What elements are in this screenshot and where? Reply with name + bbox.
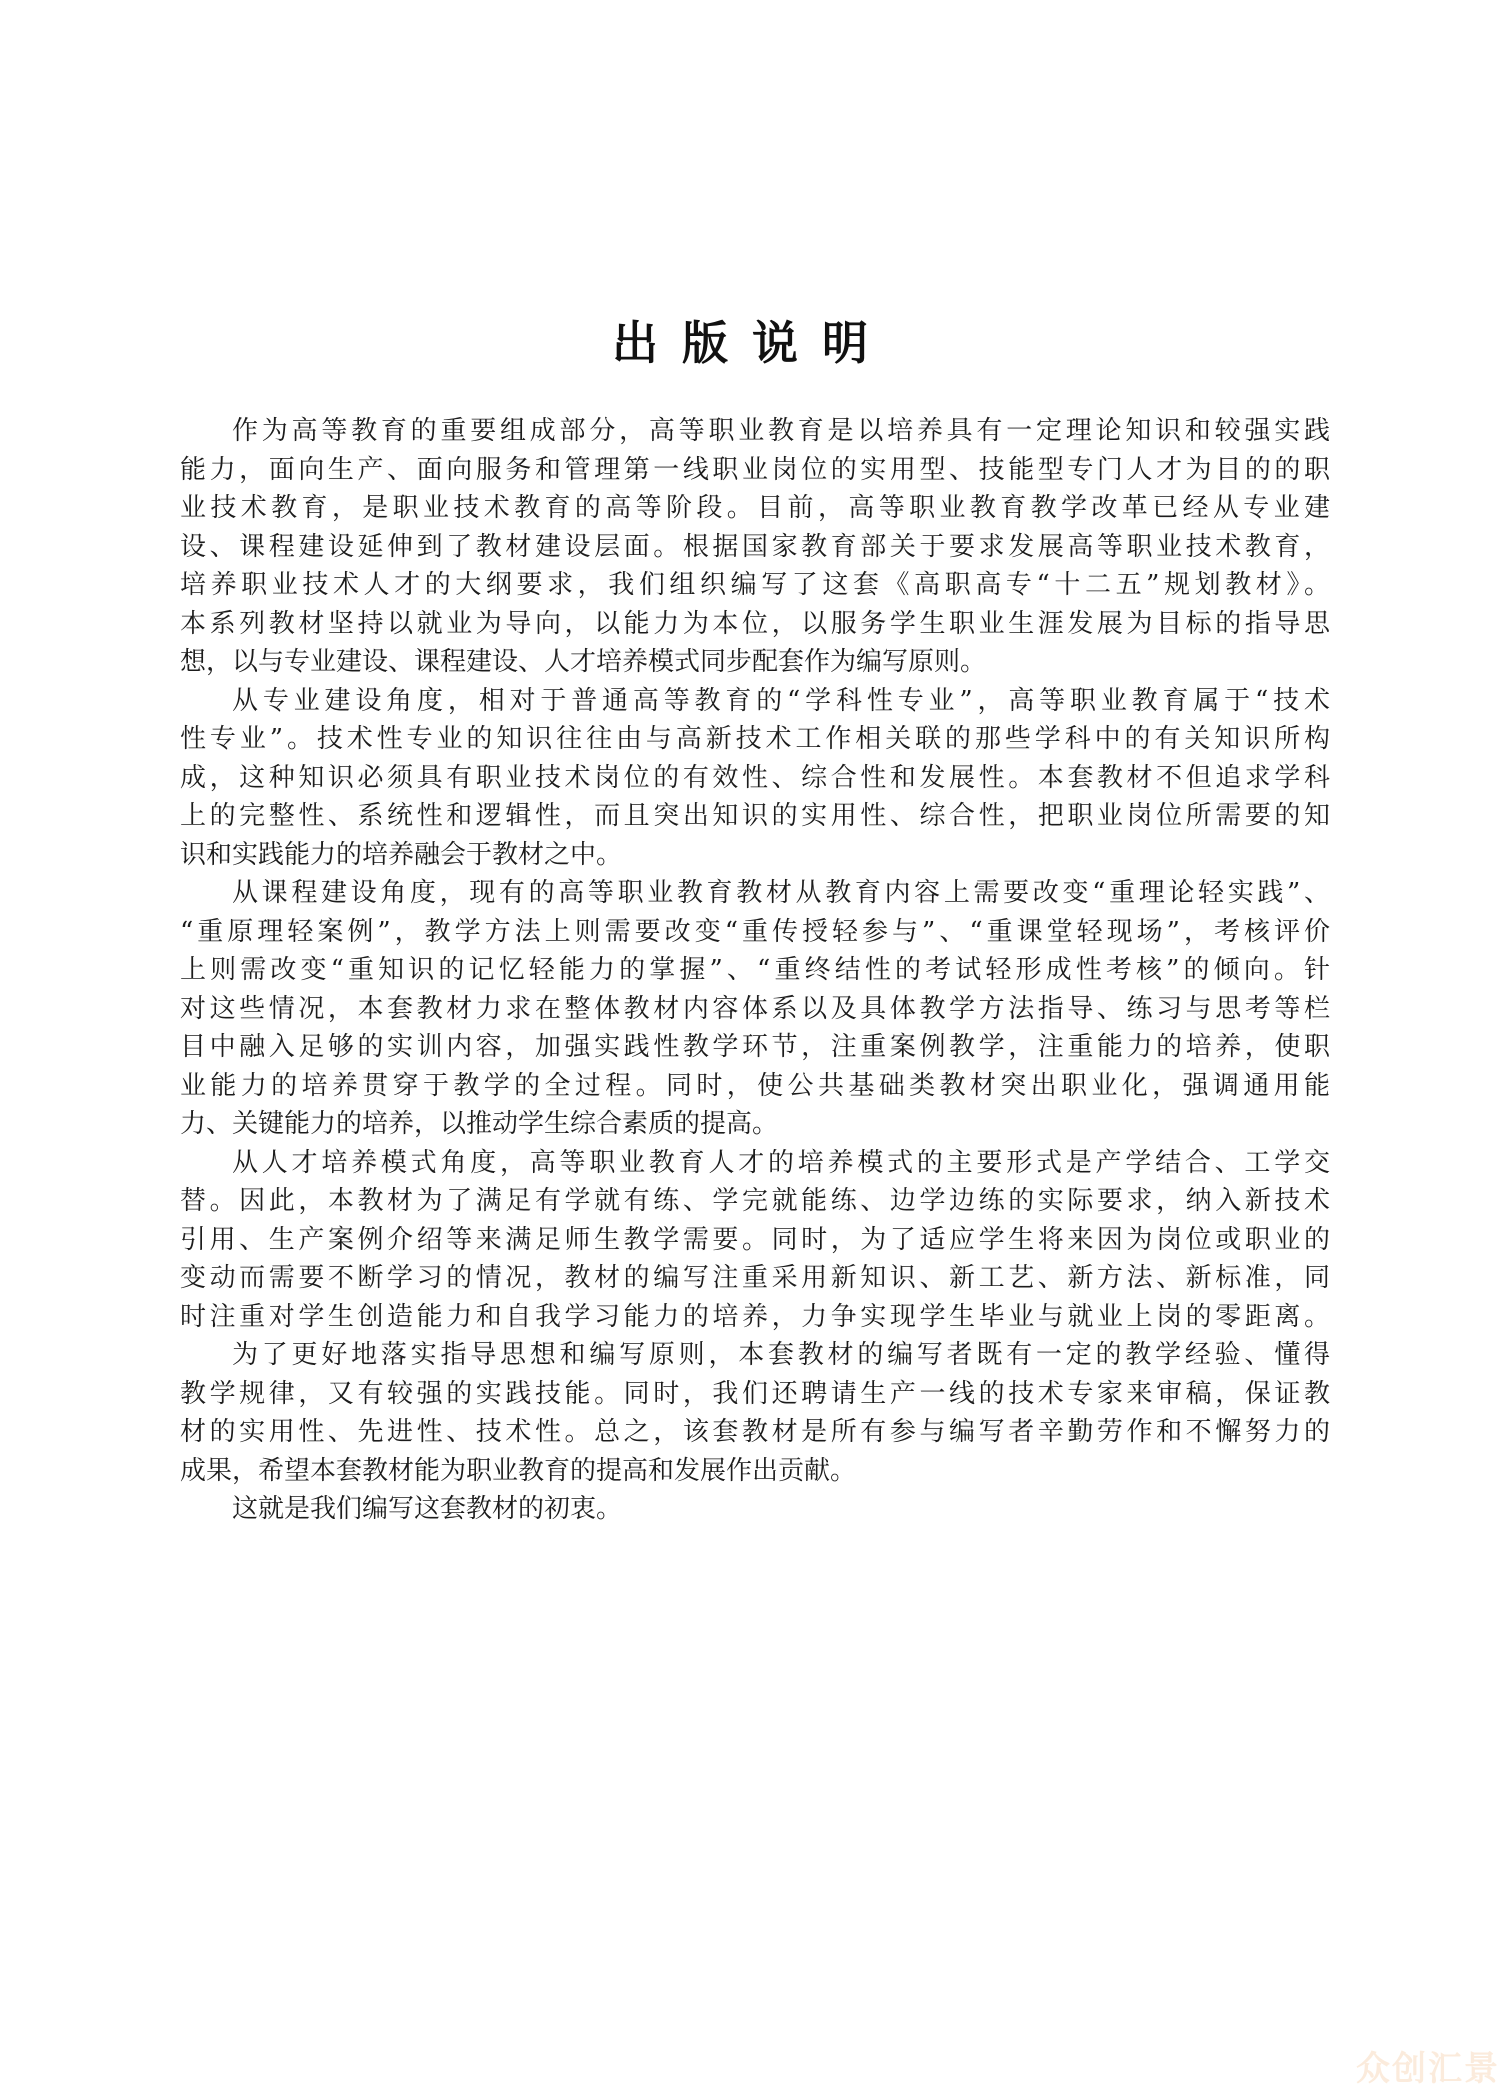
text-line: 性专业”。技术性专业的知识往往由与高新技术工作相关联的那些学科中的有关知识所构 bbox=[180, 720, 1330, 759]
text-line: 培养职业技术人才的大纲要求，我们组织编写了这套《高职高专“十二五”规划教材》。 bbox=[180, 566, 1330, 605]
paragraph-6: 这就是我们编写这套教材的初衷。 bbox=[180, 1490, 1330, 1529]
text-line: 引用、生产案例介绍等来满足师生教学需要。同时，为了适应学生将来因为岗位或职业的 bbox=[180, 1221, 1330, 1260]
text-line: 成，这种知识必须具有职业技术岗位的有效性、综合性和发展性。本套教材不但追求学科 bbox=[180, 759, 1330, 798]
text-line: 时注重对学生创造能力和自我学习能力的培养，力争实现学生毕业与就业上岗的零距离。 bbox=[180, 1298, 1330, 1337]
document-page: 出版说明 作为高等教育的重要组成部分，高等职业教育是以培养具有一定理论知识和较强… bbox=[0, 0, 1504, 2094]
paragraph-1: 作为高等教育的重要组成部分，高等职业教育是以培养具有一定理论知识和较强实践 能力… bbox=[180, 412, 1330, 682]
document-body: 作为高等教育的重要组成部分，高等职业教育是以培养具有一定理论知识和较强实践 能力… bbox=[180, 412, 1330, 1529]
text-line: 材的实用性、先进性、技术性。总之，该套教材是所有参与编写者辛勤劳作和不懈努力的 bbox=[180, 1413, 1330, 1452]
paragraph-5: 为了更好地落实指导思想和编写原则，本套教材的编写者既有一定的教学经验、懂得 教学… bbox=[180, 1336, 1330, 1490]
text-line: 成果，希望本套教材能为职业教育的提高和发展作出贡献。 bbox=[180, 1452, 1330, 1491]
text-line: 识和实践能力的培养融会于教材之中。 bbox=[180, 836, 1330, 875]
text-line: 作为高等教育的重要组成部分，高等职业教育是以培养具有一定理论知识和较强实践 bbox=[180, 412, 1330, 451]
watermark-logo: 众创汇景 bbox=[1356, 2041, 1500, 2090]
text-line: 这就是我们编写这套教材的初衷。 bbox=[180, 1490, 1330, 1529]
text-line: 本系列教材坚持以就业为导向，以能力为本位，以服务学生职业生涯发展为目标的指导思 bbox=[180, 605, 1330, 644]
paragraph-2: 从专业建设角度，相对于普通高等教育的“学科性专业”，高等职业教育属于“技术 性专… bbox=[180, 682, 1330, 875]
text-line: 对这些情况，本套教材力求在整体教材内容体系以及具体教学方法指导、练习与思考等栏 bbox=[180, 990, 1330, 1029]
text-line: 从专业建设角度，相对于普通高等教育的“学科性专业”，高等职业教育属于“技术 bbox=[180, 682, 1330, 721]
text-line: 设、课程建设延伸到了教材建设层面。根据国家教育部关于要求发展高等职业技术教育， bbox=[180, 528, 1330, 567]
text-line: 力、关键能力的培养，以推动学生综合素质的提高。 bbox=[180, 1105, 1330, 1144]
text-line: 业能力的培养贯穿于教学的全过程。同时，使公共基础类教材突出职业化，强调通用能 bbox=[180, 1067, 1330, 1106]
text-line: 替。因此，本教材为了满足有学就有练、学完就能练、边学边练的实际要求，纳入新技术 bbox=[180, 1182, 1330, 1221]
text-line: 想，以与专业建设、课程建设、人才培养模式同步配套作为编写原则。 bbox=[180, 643, 1330, 682]
text-line: 目中融入足够的实训内容，加强实践性教学环节，注重案例教学，注重能力的培养，使职 bbox=[180, 1028, 1330, 1067]
text-line: 业技术教育，是职业技术教育的高等阶段。目前，高等职业教育教学改革已经从专业建 bbox=[180, 489, 1330, 528]
text-line: 为了更好地落实指导思想和编写原则，本套教材的编写者既有一定的教学经验、懂得 bbox=[180, 1336, 1330, 1375]
text-line: 上的完整性、系统性和逻辑性，而且突出知识的实用性、综合性，把职业岗位所需要的知 bbox=[180, 797, 1330, 836]
paragraph-3: 从课程建设角度，现有的高等职业教育教材从教育内容上需要改变“重理论轻实践”、 “… bbox=[180, 874, 1330, 1144]
text-line: 上则需改变“重知识的记忆轻能力的掌握”、“重终结性的考试轻形成性考核”的倾向。针 bbox=[180, 951, 1330, 990]
text-line: 变动而需要不断学习的情况，教材的编写注重采用新知识、新工艺、新方法、新标准，同 bbox=[180, 1259, 1330, 1298]
text-line: 能力，面向生产、面向服务和管理第一线职业岗位的实用型、技能型专门人才为目的的职 bbox=[180, 451, 1330, 490]
page-title: 出版说明 bbox=[0, 313, 1504, 373]
paragraph-4: 从人才培养模式角度，高等职业教育人才的培养模式的主要形式是产学结合、工学交 替。… bbox=[180, 1144, 1330, 1337]
text-line: “重原理轻案例”，教学方法上则需要改变“重传授轻参与”、“重课堂轻现场”，考核评… bbox=[180, 913, 1330, 952]
text-line: 从人才培养模式角度，高等职业教育人才的培养模式的主要形式是产学结合、工学交 bbox=[180, 1144, 1330, 1183]
text-line: 从课程建设角度，现有的高等职业教育教材从教育内容上需要改变“重理论轻实践”、 bbox=[180, 874, 1330, 913]
text-line: 教学规律，又有较强的实践技能。同时，我们还聘请生产一线的技术专家来审稿，保证教 bbox=[180, 1375, 1330, 1414]
